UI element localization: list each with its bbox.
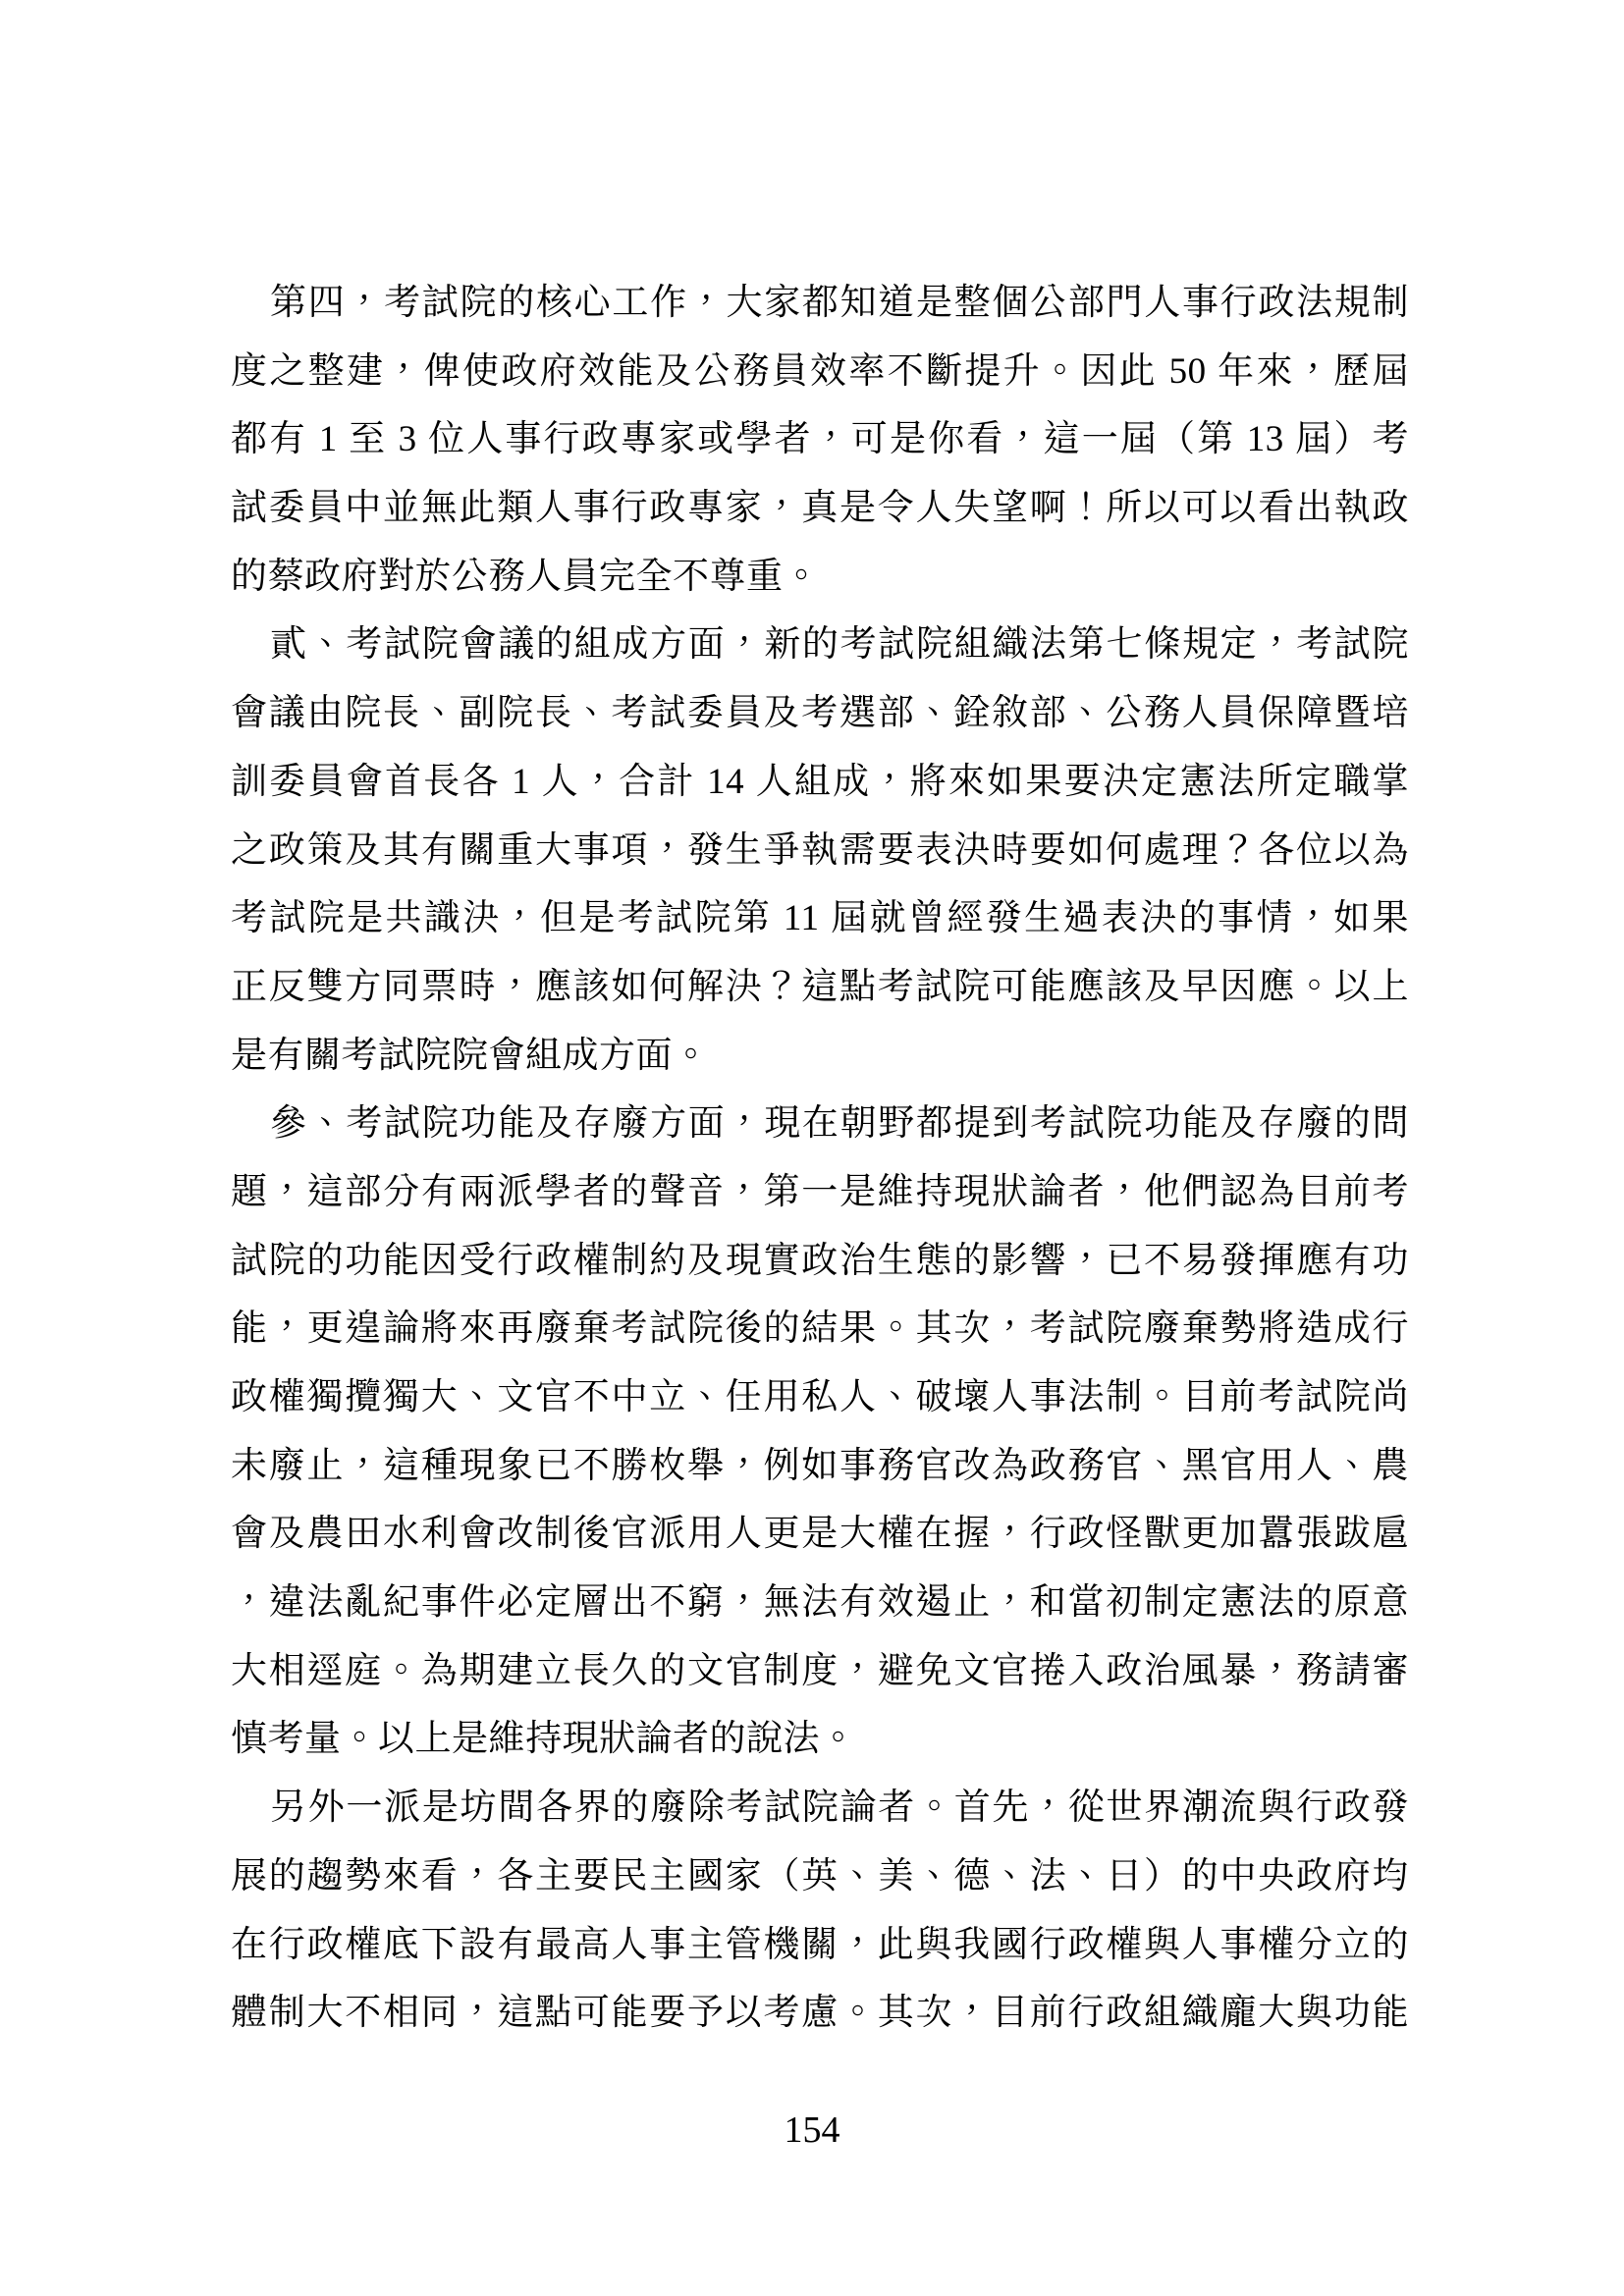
text-line: 體制大不相同，這點可能要予以考慮。其次，目前行政組織龐大與功能 (231, 1979, 1409, 2048)
document-body: 第四，考試院的核心工作，大家都知道是整個公部門人事行政法規制度之整建，俾使政府效… (231, 269, 1409, 2048)
text-line: 題，這部分有兩派學者的聲音，第一是維持現狀論者，他們認為目前考 (231, 1158, 1409, 1227)
text-line: 大相逕庭。為期建立長久的文官制度，避免文官捲入政治風暴，務請審 (231, 1637, 1409, 1706)
text-line: 另外一派是坊間各界的廢除考試院論者。首先，從世界潮流與行政發 (231, 1774, 1409, 1842)
text-line: 的蔡政府對於公務人員完全不尊重。 (231, 543, 1409, 612)
text-line: ，違法亂紀事件必定層出不窮，無法有效遏止，和當初制定憲法的原意 (231, 1569, 1409, 1637)
text-line: 展的趨勢來看，各主要民主國家（英、美、德、法、日）的中央政府均 (231, 1842, 1409, 1911)
text-line: 在行政權底下設有最高人事主管機關，此與我國行政權與人事權分立的 (231, 1911, 1409, 1980)
text-line: 之政策及其有關重大事項，發生爭執需要表決時要如何處理？各位以為 (231, 817, 1409, 885)
text-line: 試院的功能因受行政權制約及現實政治生態的影響，已不易發揮應有功 (231, 1227, 1409, 1296)
paragraph: 另外一派是坊間各界的廢除考試院論者。首先，從世界潮流與行政發展的趨勢來看，各主要… (231, 1774, 1409, 2048)
text-line: 正反雙方同票時，應該如何解決？這點考試院可能應該及早因應。以上 (231, 953, 1409, 1022)
document-page: 第四，考試院的核心工作，大家都知道是整個公部門人事行政法規制度之整建，俾使政府效… (0, 0, 1624, 2296)
text-line: 會及農田水利會改制後官派用人更是大權在握，行政怪獸更加囂張跋扈 (231, 1500, 1409, 1569)
text-line: 慎考量。以上是維持現狀論者的說法。 (231, 1705, 1409, 1774)
text-line: 第四，考試院的核心工作，大家都知道是整個公部門人事行政法規制 (231, 269, 1409, 338)
text-line: 能，更遑論將來再廢棄考試院後的結果。其次，考試院廢棄勢將造成行 (231, 1295, 1409, 1363)
text-line: 未廢止，這種現象已不勝枚舉，例如事務官改為政務官、黑官用人、農 (231, 1432, 1409, 1501)
text-line: 貳、考試院會議的組成方面，新的考試院組織法第七條規定，考試院 (231, 611, 1409, 679)
text-line: 都有 1 至 3 位人事行政專家或學者，可是你看，這一屆（第 13 屆）考 (231, 405, 1409, 474)
text-line: 政權獨攬獨大、文官不中立、任用私人、破壞人事法制。目前考試院尚 (231, 1363, 1409, 1432)
text-line: 會議由院長、副院長、考試委員及考選部、銓敘部、公務人員保障暨培 (231, 679, 1409, 748)
paragraph: 第四，考試院的核心工作，大家都知道是整個公部門人事行政法規制度之整建，俾使政府效… (231, 269, 1409, 611)
page-footer: 154 (0, 2109, 1624, 2152)
text-line: 試委員中並無此類人事行政專家，真是令人失望啊！所以可以看出執政 (231, 474, 1409, 543)
text-line: 訓委員會首長各 1 人，合計 14 人組成，將來如果要決定憲法所定職掌 (231, 748, 1409, 817)
text-line: 參、考試院功能及存廢方面，現在朝野都提到考試院功能及存廢的問 (231, 1090, 1409, 1158)
text-line: 考試院是共識決，但是考試院第 11 屆就曾經發生過表決的事情，如果 (231, 884, 1409, 953)
text-line: 度之整建，俾使政府效能及公務員效率不斷提升。因此 50 年來，歷屆 (231, 338, 1409, 406)
paragraph: 參、考試院功能及存廢方面，現在朝野都提到考試院功能及存廢的問題，這部分有兩派學者… (231, 1090, 1409, 1774)
page-number: 154 (785, 2109, 840, 2151)
text-line: 是有關考試院院會組成方面。 (231, 1022, 1409, 1091)
paragraph: 貳、考試院會議的組成方面，新的考試院組織法第七條規定，考試院會議由院長、副院長、… (231, 611, 1409, 1090)
